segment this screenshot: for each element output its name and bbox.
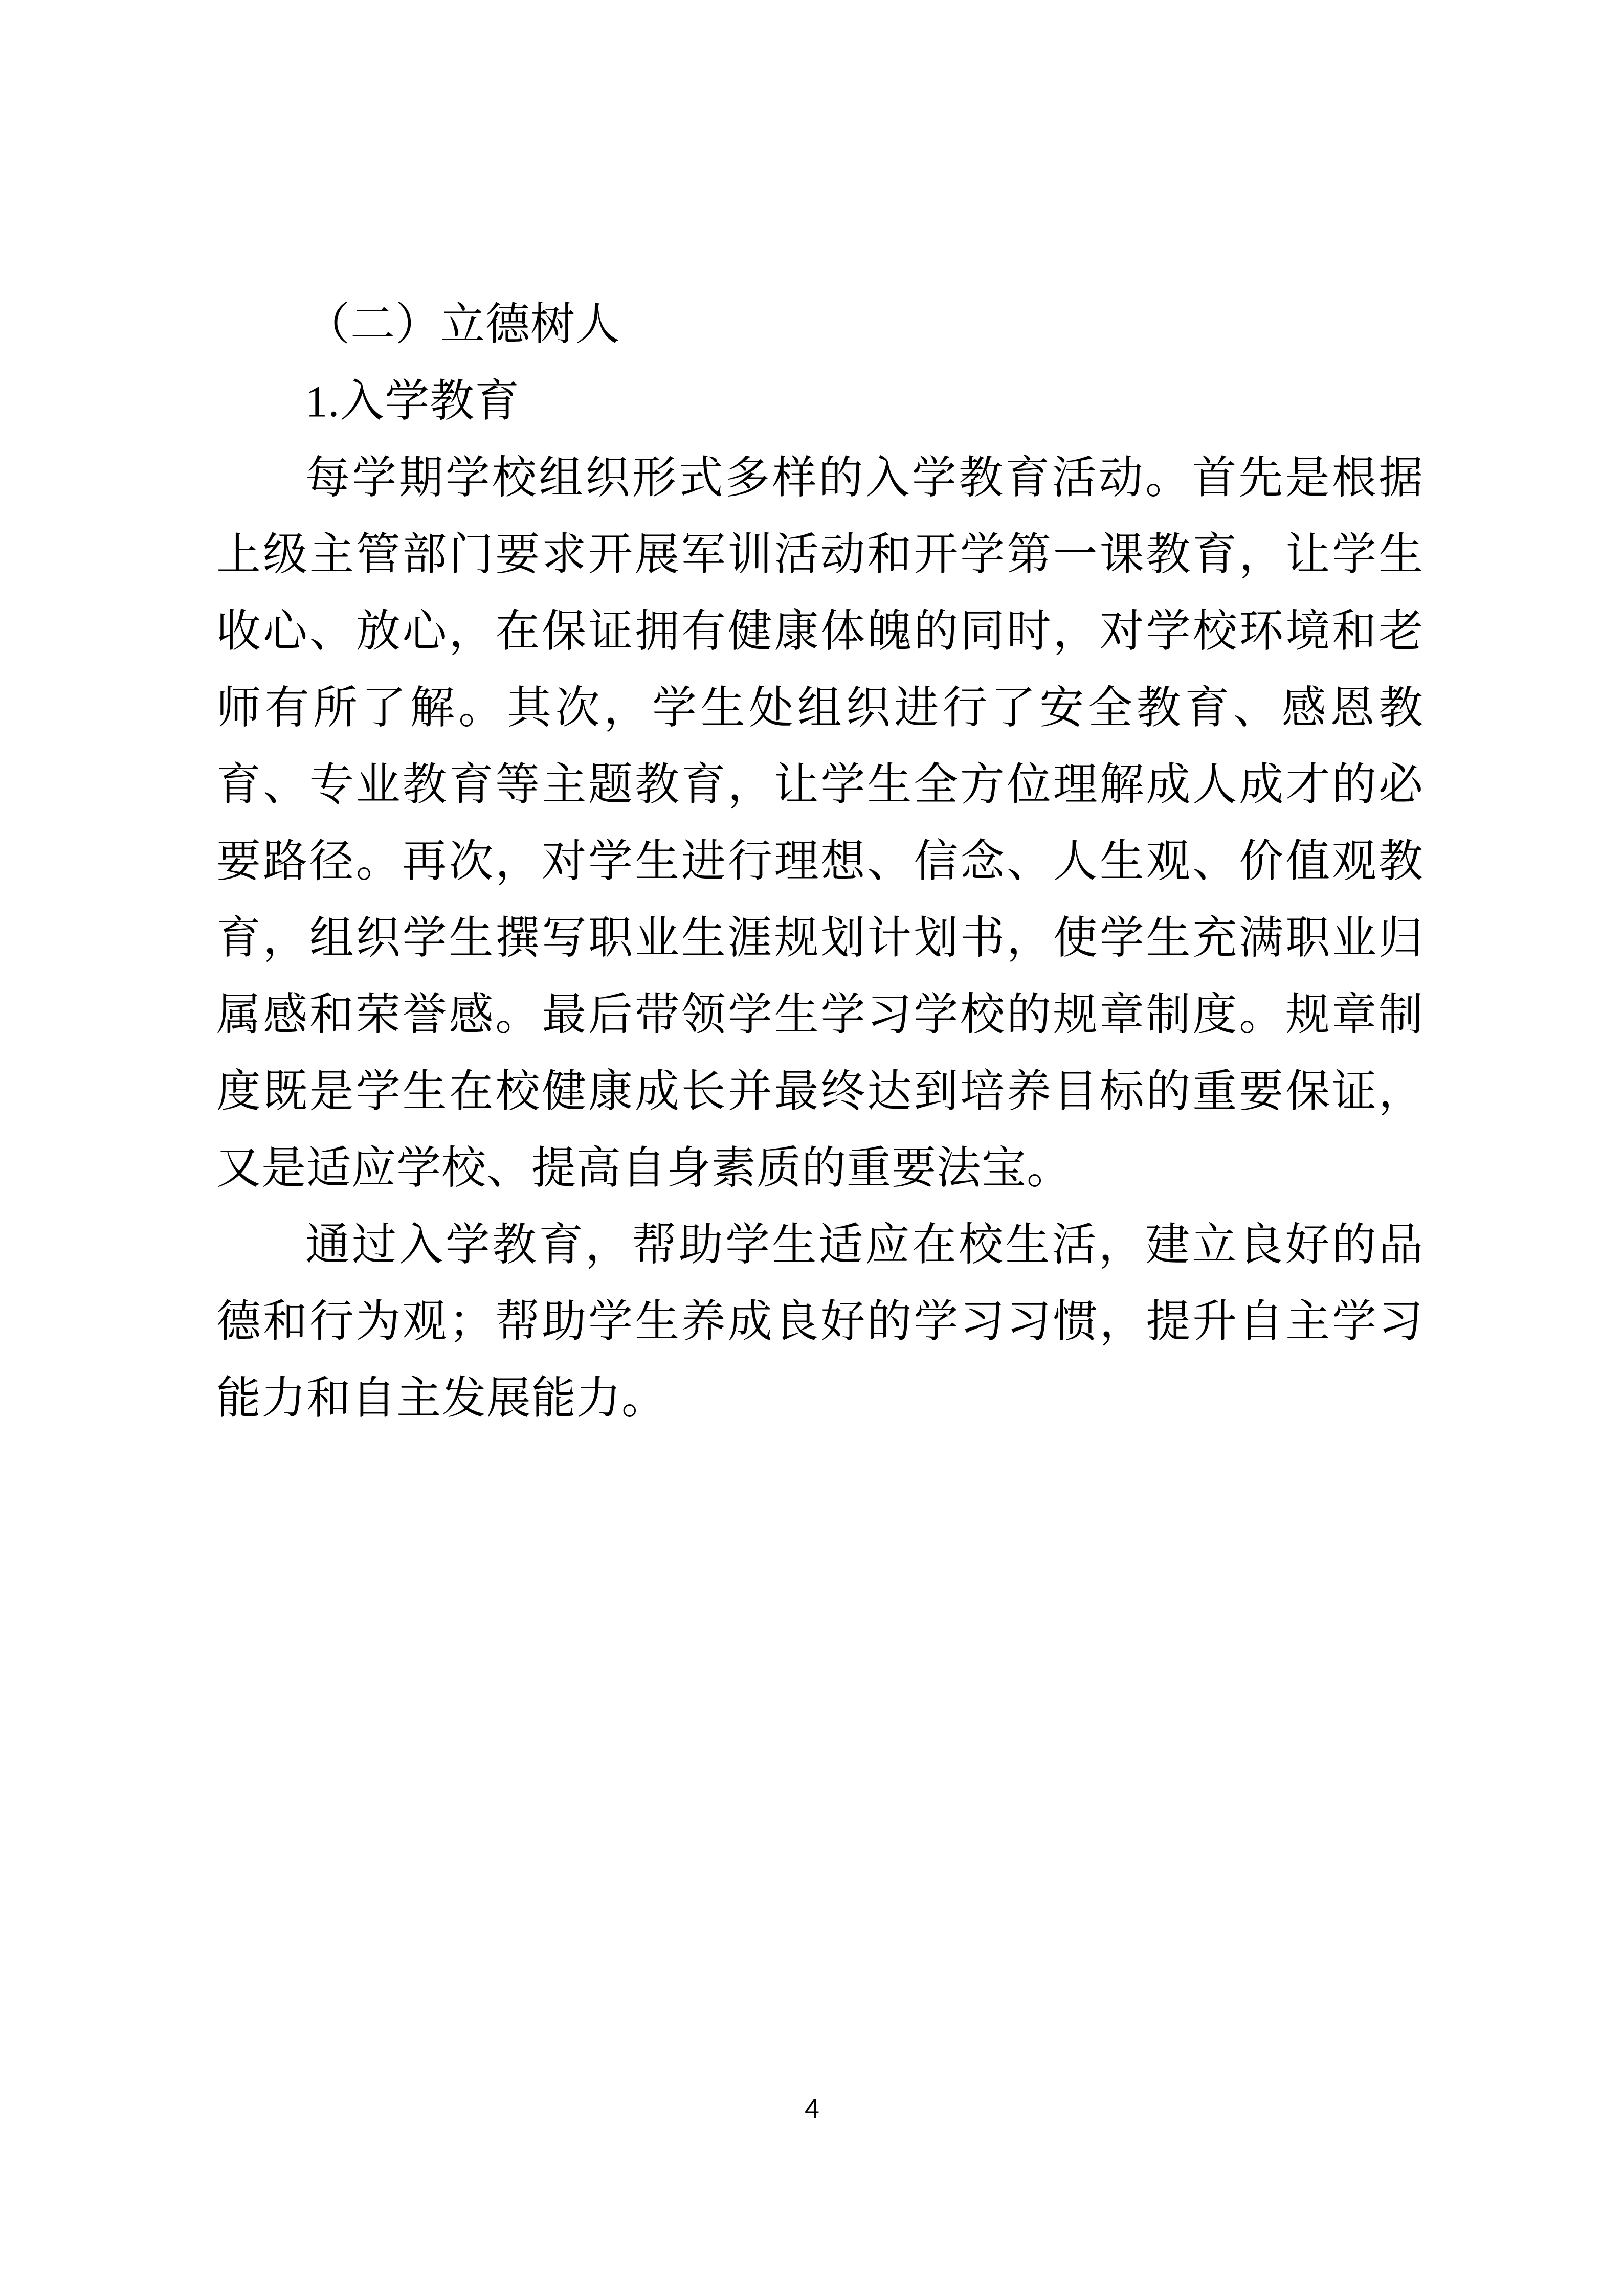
document-page: （二）立德树人 1.入学教育 每学期学校组织形式多样的入学教育活动。首先是根据上…: [0, 0, 1624, 2296]
page-number: 4: [805, 2094, 819, 2124]
section-heading: （二）立德树人: [216, 286, 1423, 363]
body-paragraph-2: 通过入学教育，帮助学生适应在校生活，建立良好的品德和行为观；帮助学生养成良好的学…: [216, 1207, 1423, 1437]
page-footer: 4: [0, 2095, 1624, 2123]
body-paragraph-1: 每学期学校组织形式多样的入学教育活动。首先是根据上级主管部门要求开展军训活动和开…: [216, 440, 1423, 1207]
document-body: （二）立德树人 1.入学教育 每学期学校组织形式多样的入学教育活动。首先是根据上…: [216, 286, 1423, 1437]
subsection-heading: 1.入学教育: [216, 363, 1423, 440]
